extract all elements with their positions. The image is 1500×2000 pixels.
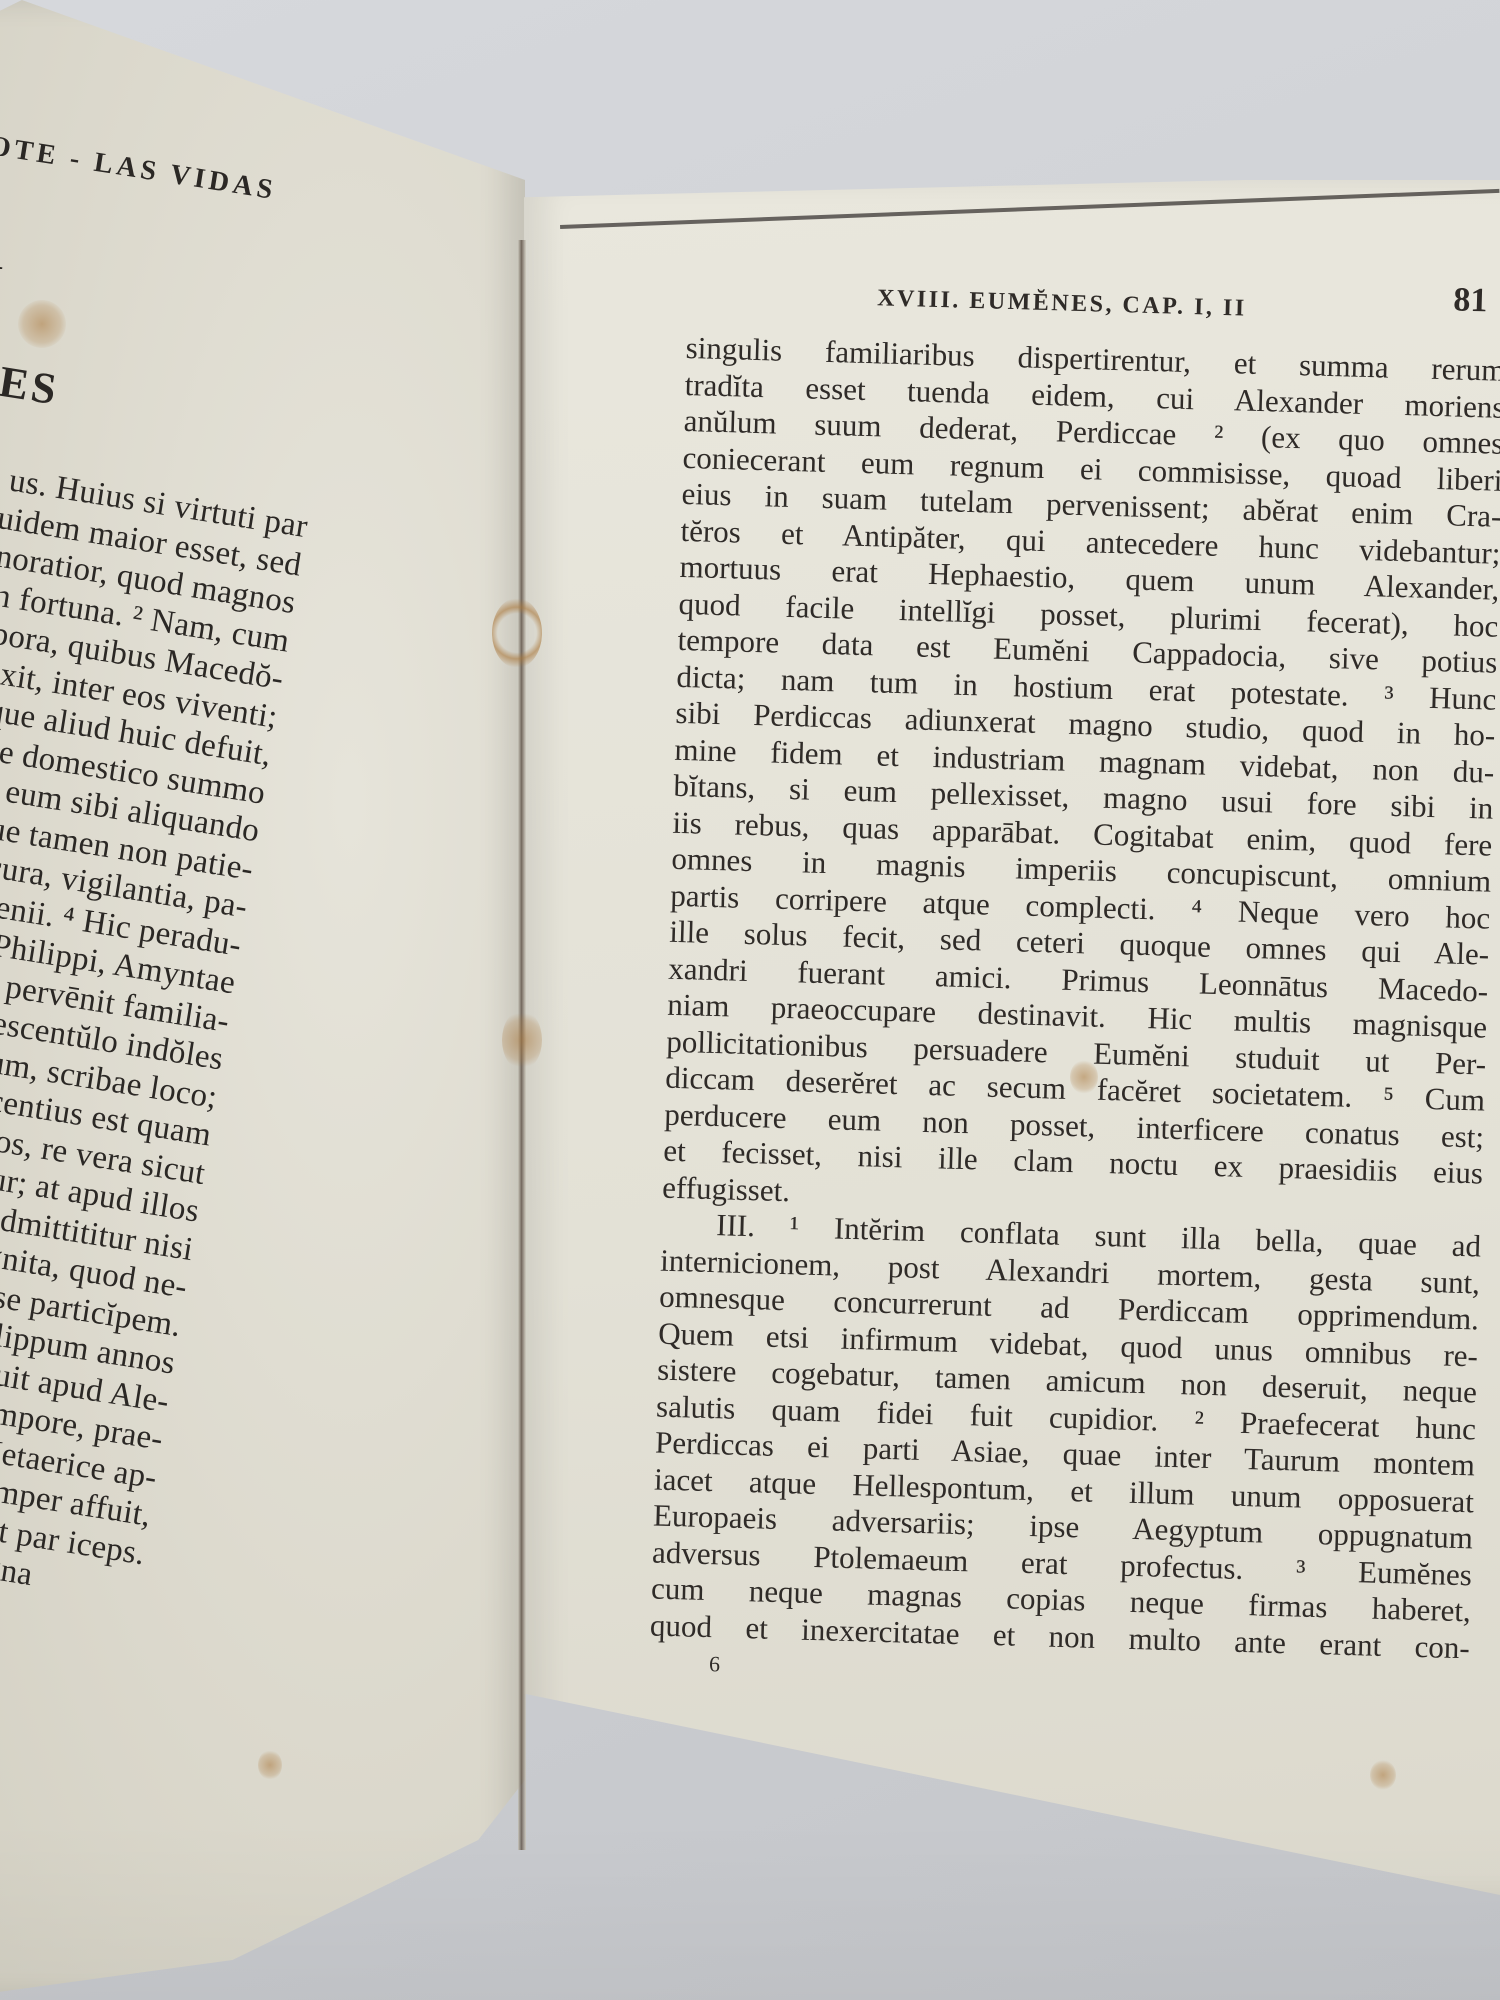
left-chapter-title: ENES <box>0 345 372 464</box>
right-page-content: XVIII. EUMĔNES, CAP. I, II 81 singulis f… <box>649 268 1500 1698</box>
running-head-title: XVIII. EUMĔNES, CAP. I, II <box>877 285 1247 322</box>
table-surface-shadow <box>0 1820 1500 2000</box>
stain-spot-icon <box>1370 1760 1396 1790</box>
stain-ring-icon <box>492 598 542 668</box>
stain-spot-icon <box>18 300 66 348</box>
right-page-text: singulis familiaribus dispertirentur, et… <box>650 330 1500 1666</box>
stain-spot-icon <box>258 1750 282 1780</box>
page-number: 81 <box>1453 281 1488 320</box>
stain-spot-icon <box>502 1010 542 1070</box>
